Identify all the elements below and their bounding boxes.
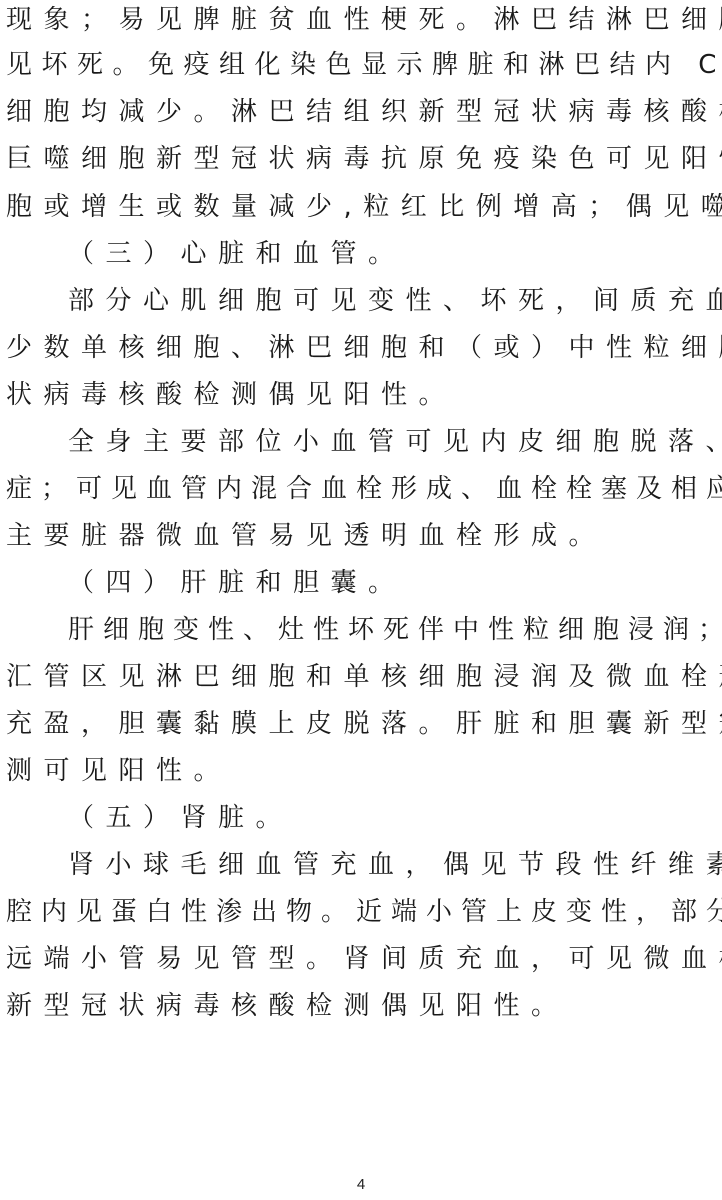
body-text-line: 腔内见蛋白性渗出物。近端小管上皮变性，部分坏死、脱落，: [6, 892, 722, 932]
body-text-line: 少数单核细胞、淋巴细胞和（或）中性粒细胞浸润。新型冠: [6, 328, 722, 368]
body-text-line: 胞或增生或数量减少,粒红比例增高；偶见噬血现象。: [6, 187, 722, 227]
paragraph-first-line: 全身主要部位小血管可见内皮细胞脱落、内膜或全层炎: [68, 422, 722, 462]
body-text-line: 主要脏器微血管易见透明血栓形成。: [6, 516, 606, 556]
body-text-line: 测可见阳性。: [6, 751, 231, 791]
body-text-line: 巨噬细胞新型冠状病毒抗原免疫染色可见阳性。骨髓造血细: [6, 139, 722, 179]
body-text-line: 细胞均减少。淋巴结组织新型冠状病毒核酸检测可呈阳性，: [6, 92, 722, 132]
paragraph-first-line: 肾小球毛细血管充血，偶见节段性纤维素样坏死；球囊: [68, 845, 722, 885]
page-number: 4: [0, 1176, 722, 1193]
section-heading-kidney: （五）肾脏。: [68, 798, 293, 838]
section-heading-heart-vessels: （三）心脏和血管。: [68, 234, 406, 274]
body-text-line: 症；可见血管内混合血栓形成、血栓栓塞及相应部位的梗死。: [6, 469, 722, 509]
body-text-line: 状病毒核酸检测偶见阳性。: [6, 375, 456, 415]
body-text-line: 远端小管易见管型。肾间质充血，可见微血栓形成。肾组织: [6, 939, 722, 979]
paragraph-first-line: 肝细胞变性、灶性坏死伴中性粒细胞浸润；肝血窦充血，: [68, 610, 722, 650]
body-text-line: 见坏死。免疫组化染色显示脾脏和淋巴结内 CD4+ T 和 CD8+T: [6, 45, 722, 85]
body-text-line: 现象；易见脾脏贫血性梗死。淋巴结淋巴细胞数量减少，可: [6, 0, 722, 40]
body-text-line: 新型冠状病毒核酸检测偶见阳性。: [6, 986, 569, 1026]
section-heading-liver-gallbladder: （四）肝脏和胆囊。: [68, 563, 406, 603]
paragraph-first-line: 部分心肌细胞可见变性、坏死，间质充血、水肿，可见: [68, 281, 722, 321]
body-text-line: 充盈，胆囊黏膜上皮脱落。肝脏和胆囊新型冠状病毒核酸检: [6, 704, 722, 744]
body-text-line: 汇管区见淋巴细胞和单核细胞浸润及微血栓形成。胆囊高度: [6, 657, 722, 697]
